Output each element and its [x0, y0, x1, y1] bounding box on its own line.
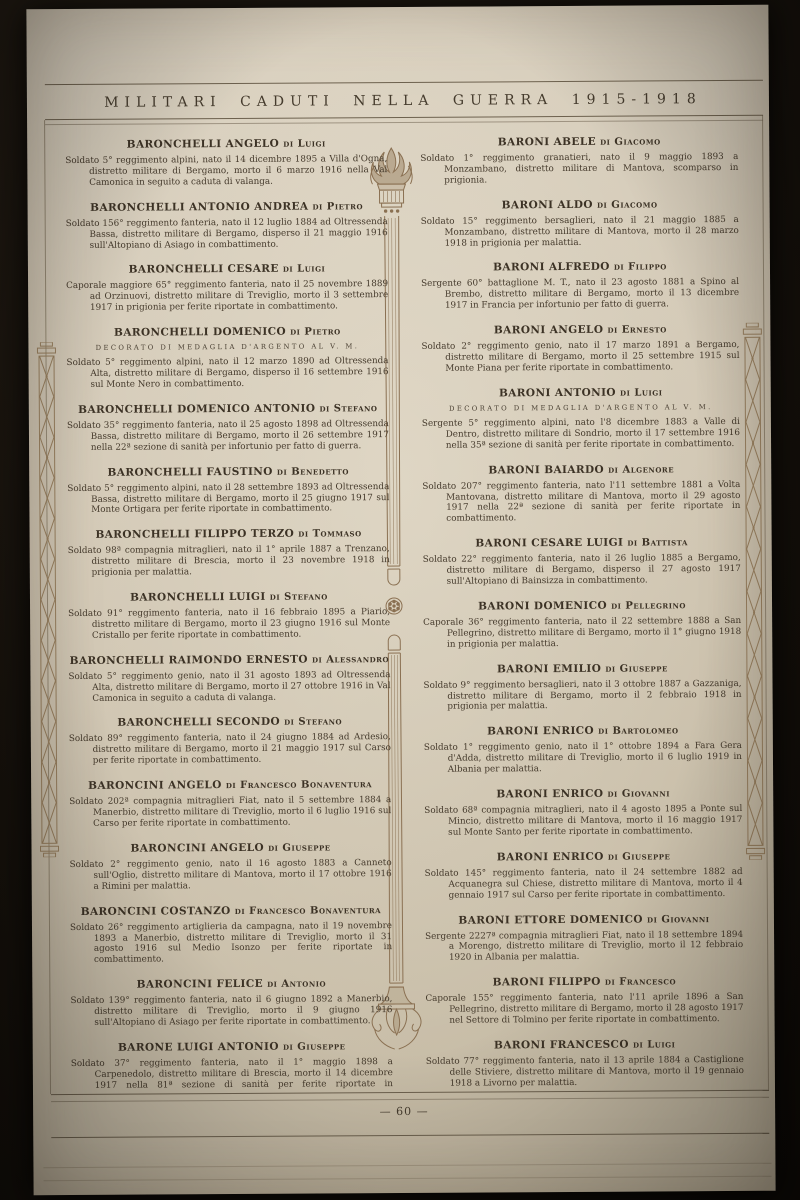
entry-heading: BARONI CESARE LUIGI di Battista [423, 536, 741, 550]
entry-body: Caporale 36° reggimento fanteria, nato i… [423, 616, 741, 651]
footer-rule-2 [51, 1097, 769, 1102]
entry-body: Soldato 202ª compagnia mitraglieri Fiat,… [69, 795, 391, 830]
soldier-filiation: di Luigi [633, 1039, 676, 1050]
memorial-entry: BARONI ANGELO di Ernesto Soldato 2° regg… [421, 323, 739, 375]
soldier-name: BARONCHELLI CESARE [129, 263, 279, 276]
soldier-filiation: di Tommaso [298, 529, 362, 540]
soldier-name: BARONI ENRICO [496, 788, 603, 801]
entry-body: Soldato 5° reggimento genio, nato il 31 … [68, 670, 390, 705]
memorial-entry: BARONCINI COSTANZO di Francesco Bonavent… [70, 904, 392, 967]
right-column: BARONI ABELE di Giacomo Soldato 1° reggi… [420, 135, 744, 1089]
header-rule-bottom-2 [45, 120, 763, 125]
entry-body: Caporale 155° reggimento fanteria, nato … [425, 992, 743, 1027]
memorial-entry: BARONI ALDO di Giacomo Soldato 15° reggi… [421, 198, 739, 250]
soldier-name: BARONI ABELE [498, 136, 596, 149]
soldier-filiation: di Giuseppe [608, 851, 671, 862]
entry-body: Soldato 5° reggimento alpini, nato il 14… [65, 154, 387, 189]
entry-body: Caporale maggiore 65° reggimento fanteri… [66, 280, 388, 315]
soldier-filiation: di Giuseppe [268, 842, 331, 853]
soldier-name: BARONCHELLI ANGELO [127, 138, 280, 151]
soldier-name: BARONCINI ANGELO [130, 842, 264, 855]
soldier-filiation: di Giovanni [607, 788, 670, 799]
book-page: MILITARI CADUTI NELLA GUERRA 1915-1918 [26, 5, 775, 1196]
entry-body: Soldato 89° reggimento fanteria, nato il… [69, 733, 391, 768]
soldier-filiation: di Giacomo [597, 199, 658, 210]
entry-heading: BARONI BAIARDO di Algenore [422, 463, 740, 477]
memorial-entry: BARONI ETTORE DOMENICO di Giovanni Serge… [425, 912, 743, 964]
entry-body: Soldato 1° reggimento genio, nato il 1° … [424, 741, 742, 776]
soldier-filiation: di Francesco Bonaventura [235, 905, 381, 917]
entry-heading: BARONI ALFREDO di Filippo [421, 260, 739, 274]
page-number: — 60 — [33, 1103, 775, 1121]
soldier-name: BARONCHELLI DOMENICO [114, 326, 286, 339]
memorial-entry: BARONI ALFREDO di Filippo Sergente 60° b… [421, 260, 739, 312]
soldier-filiation: di Giuseppe [283, 1041, 346, 1052]
entry-heading: BARONCINI ANGELO di Giuseppe [69, 841, 391, 855]
soldier-name: BARONI CESARE LUIGI [475, 537, 623, 550]
memorial-entry: BARONCHELLI FAUSTINO di Benedetto Soldat… [67, 465, 389, 517]
soldier-name: BARONE LUIGI ANTONIO [118, 1041, 279, 1054]
entry-body: Soldato 5° reggimento alpini, nato il 28… [67, 482, 389, 517]
photo-backdrop: MILITARI CADUTI NELLA GUERRA 1915-1918 [0, 0, 800, 1200]
memorial-entry: BARONCHELLI LUIGI di Stefano Soldato 91°… [68, 590, 390, 642]
entry-heading: BARONI ANGELO di Ernesto [421, 323, 739, 337]
soldier-filiation: di Luigi [283, 264, 326, 275]
entry-body: Soldato 5° reggimento alpini, nato il 12… [67, 356, 389, 391]
lattice-border-ornament-right [742, 323, 765, 860]
soldier-filiation: di Stefano [284, 717, 342, 728]
entry-heading: BARONCINI COSTANZO di Francesco Bonavent… [70, 904, 392, 918]
entry-heading: BARONCHELLI DOMENICO di Pietro [66, 325, 388, 339]
entry-body: Sergente 60° battaglione M. T., nato il … [421, 277, 739, 312]
footer-rule-3 [51, 1133, 769, 1138]
soldier-filiation: di Giacomo [600, 136, 661, 147]
entry-heading: BARONI ENRICO di Giuseppe [425, 850, 743, 864]
page-edge-line [43, 1163, 771, 1168]
soldier-filiation: di Pellegrino [611, 600, 686, 611]
memorial-entry: BARONI FILIPPO di Francesco Caporale 155… [425, 975, 743, 1027]
soldier-name: BARONI DOMENICO [478, 600, 607, 613]
soldier-filiation: di Francesco [605, 977, 676, 988]
soldier-name: BARONI ALFREDO [493, 261, 610, 274]
memorial-entry: BARONI FRANCESCO di Luigi Soldato 77° re… [426, 1038, 744, 1089]
entry-body: Soldato 22° reggimento fanteria, nato il… [423, 553, 741, 588]
header-rule-bottom [45, 115, 763, 120]
footer-rule-1 [51, 1090, 769, 1095]
entry-heading: BARONI FRANCESCO di Luigi [426, 1038, 744, 1052]
entry-heading: BARONCHELLI FILIPPO TERZO di Tommaso [68, 527, 390, 541]
entry-heading: BARONCINI ANGELO di Francesco Bonaventur… [69, 778, 391, 792]
soldier-filiation: di Luigi [283, 138, 326, 149]
soldier-name: BARONCHELLI DOMENICO ANTONIO [78, 402, 315, 415]
soldier-name: BARONCINI ANGELO [88, 779, 222, 792]
entry-heading: BARONI ANTONIO di Luigi [422, 386, 740, 400]
decoration-line: DECORATO DI MEDAGLIA D'ARGENTO AL V. M. [422, 403, 740, 413]
soldier-name: BARONCINI FELICE [137, 978, 264, 991]
soldier-filiation: di Stefano [270, 591, 328, 602]
memorial-entry: BARONCHELLI FILIPPO TERZO di Tommaso Sol… [68, 527, 390, 579]
soldier-filiation: di Filippo [614, 262, 667, 273]
entry-heading: BARONCHELLI ANGELO di Luigi [65, 137, 387, 151]
soldier-filiation: di Antonio [267, 979, 326, 990]
entry-body: Soldato 145° reggimento fanteria, nato i… [425, 867, 743, 902]
entry-heading: BARONCHELLI CESARE di Luigi [66, 263, 388, 277]
entry-heading: BARONI EMILIO di Giuseppe [423, 662, 741, 676]
lattice-border-ornament-left [36, 342, 59, 857]
entry-body: Soldato 9° reggimento bersaglieri, nato … [423, 679, 741, 714]
soldier-filiation: di Pietro [290, 327, 341, 338]
entry-body: Soldato 91° reggimento fanteria, nato il… [68, 607, 390, 642]
soldier-name: BARONI ALDO [502, 199, 593, 212]
entry-heading: BARONCHELLI ANTONIO ANDREA di Pietro [66, 200, 388, 214]
memorial-entry: BARONCINI ANGELO di Francesco Bonaventur… [69, 778, 391, 830]
soldier-name: BARONI ANGELO [494, 324, 604, 337]
entry-heading: BARONE LUIGI ANTONIO di Giuseppe [71, 1040, 393, 1054]
memorial-entry: BARONI CESARE LUIGI di Battista Soldato … [423, 536, 741, 588]
decoration-line: DECORATO DI MEDAGLIA D'ARGENTO AL V. M. [66, 342, 388, 352]
entry-heading: BARONI ALDO di Giacomo [421, 198, 739, 212]
entry-body: Soldato 2° reggimento genio, nato il 16 … [70, 858, 392, 893]
soldier-name: BARONCHELLI FAUSTINO [107, 465, 272, 478]
entry-body: Soldato 15° reggimento bersaglieri, nato… [421, 215, 739, 250]
memorial-entry: BARONCHELLI DOMENICO ANTONIO di Stefano … [67, 402, 389, 454]
memorial-entry: BARONCHELLI CESARE di Luigi Caporale mag… [66, 263, 388, 315]
entry-body: Sergente 2227ª compagnia mitraglieri Fia… [425, 929, 743, 964]
entry-heading: BARONI ENRICO di Bartolomeo [424, 724, 742, 738]
soldier-filiation: di Algenore [608, 464, 674, 475]
page-edge-line [44, 1176, 772, 1181]
soldier-name: BARONCHELLI RAIMONDO ERNESTO [70, 653, 308, 666]
memorial-entry: BARONI ENRICO di Bartolomeo Soldato 1° r… [424, 724, 742, 776]
soldier-name: BARONI FILIPPO [493, 976, 601, 989]
soldier-filiation: di Battista [627, 537, 688, 548]
memorial-entry: BARONI ENRICO di Giovanni Soldato 68ª co… [424, 787, 742, 839]
memorial-entry: BARONCHELLI ANTONIO ANDREA di Pietro Sol… [66, 200, 388, 252]
entry-body: Soldato 139° reggimento fanteria, nato i… [70, 994, 392, 1029]
entry-body: Soldato 207° reggimento fanteria, nato l… [422, 480, 740, 526]
soldier-name: BARONI ETTORE DOMENICO [458, 913, 643, 926]
entry-body: Soldato 35° reggimento fanteria, nato il… [67, 419, 389, 454]
entry-heading: BARONI ENRICO di Giovanni [424, 787, 742, 801]
entry-body: Soldato 77° reggimento fanteria, nato il… [426, 1055, 744, 1089]
entry-body: Soldato 1° reggimento granatieri, nato i… [420, 152, 738, 187]
memorial-entry: BARONCHELLI ANGELO di Luigi Soldato 5° r… [65, 137, 387, 189]
entry-heading: BARONCHELLI FAUSTINO di Benedetto [67, 465, 389, 479]
entry-heading: BARONCINI FELICE di Antonio [70, 977, 392, 991]
entry-heading: BARONI ETTORE DOMENICO di Giovanni [425, 912, 743, 926]
soldier-filiation: di Ernesto [607, 325, 666, 336]
memorial-entry: BARONCHELLI RAIMONDO ERNESTO di Alessand… [68, 653, 390, 705]
memorial-entry: BARONI ENRICO di Giuseppe Soldato 145° r… [425, 850, 743, 902]
memorial-entry: BARONI DOMENICO di Pellegrino Caporale 3… [423, 599, 741, 651]
soldier-filiation: di Bartolomeo [598, 726, 678, 737]
soldier-name: BARONI BAIARDO [488, 463, 604, 476]
soldier-filiation: di Giovanni [647, 914, 710, 925]
header-rule-top [45, 80, 763, 85]
entry-heading: BARONI FILIPPO di Francesco [425, 975, 743, 989]
soldier-name: BARONI FRANCESCO [494, 1039, 629, 1052]
soldier-name: BARONCINI COSTANZO [81, 905, 231, 918]
entry-body: Soldato 98ª compagnia mitraglieri, nato … [68, 544, 390, 579]
left-column: BARONCHELLI ANGELO di Luigi Soldato 5° r… [65, 137, 393, 1091]
soldier-name: BARONCHELLI SECONDO [117, 716, 280, 729]
memorial-entry: BARONCHELLI SECONDO di Stefano Soldato 8… [69, 716, 391, 768]
soldier-name: BARONI EMILIO [497, 662, 601, 675]
soldier-name: BARONCHELLI FILIPPO TERZO [95, 528, 294, 541]
memorial-entry: BARONI BAIARDO di Algenore Soldato 207° … [422, 463, 740, 526]
entry-body: Soldato 68ª compagnia mitraglieri, nato … [424, 804, 742, 839]
soldier-name: BARONI ANTONIO [499, 387, 616, 400]
memorial-entry: BARONI ANTONIO di Luigi DECORATO DI MEDA… [422, 386, 740, 452]
memorial-entry: BARONI EMILIO di Giuseppe Soldato 9° reg… [423, 662, 741, 714]
entry-heading: BARONCHELLI LUIGI di Stefano [68, 590, 390, 604]
entry-heading: BARONCHELLI RAIMONDO ERNESTO di Alessand… [68, 653, 390, 667]
entry-body: Soldato 26° reggimento artiglieria da ca… [70, 921, 392, 967]
soldier-name: BARONCHELLI ANTONIO ANDREA [90, 200, 308, 213]
soldier-filiation: di Alessandro [312, 654, 389, 665]
memorial-entry: BARONE LUIGI ANTONIO di Giuseppe Soldato… [71, 1040, 393, 1091]
soldier-filiation: di Giuseppe [605, 663, 668, 674]
entry-body: Soldato 37° reggimento fanteria, nato il… [71, 1057, 393, 1091]
entry-heading: BARONCHELLI DOMENICO ANTONIO di Stefano [67, 402, 389, 416]
soldier-filiation: di Benedetto [277, 466, 349, 477]
soldier-name: BARONCHELLI LUIGI [130, 591, 266, 604]
soldier-filiation: di Pietro [312, 201, 363, 212]
entry-body: Sergente 5° reggimento alpini, nato l'8 … [422, 417, 740, 452]
entry-body: Soldato 2° reggimento genio, nato il 17 … [421, 340, 739, 375]
memorial-entry: BARONCHELLI DOMENICO di Pietro DECORATO … [66, 325, 388, 391]
soldier-name: BARONI ENRICO [487, 725, 594, 738]
soldier-filiation: di Stefano [319, 403, 377, 414]
soldier-filiation: di Luigi [620, 387, 663, 398]
entry-heading: BARONI ABELE di Giacomo [420, 135, 738, 149]
entry-heading: BARONCHELLI SECONDO di Stefano [69, 716, 391, 730]
memorial-entry: BARONI ABELE di Giacomo Soldato 1° reggi… [420, 135, 738, 187]
page-title: MILITARI CADUTI NELLA GUERRA 1915-1918 [47, 91, 759, 111]
soldier-filiation: di Francesco Bonaventura [226, 779, 372, 791]
memorial-entry: BARONCINI ANGELO di Giuseppe Soldato 2° … [69, 841, 391, 893]
soldier-name: BARONI ENRICO [497, 851, 604, 864]
entry-body: Soldato 156° reggimento fanteria, nato i… [66, 217, 388, 252]
memorial-entry: BARONCINI FELICE di Antonio Soldato 139°… [70, 977, 392, 1029]
entry-heading: BARONI DOMENICO di Pellegrino [423, 599, 741, 613]
